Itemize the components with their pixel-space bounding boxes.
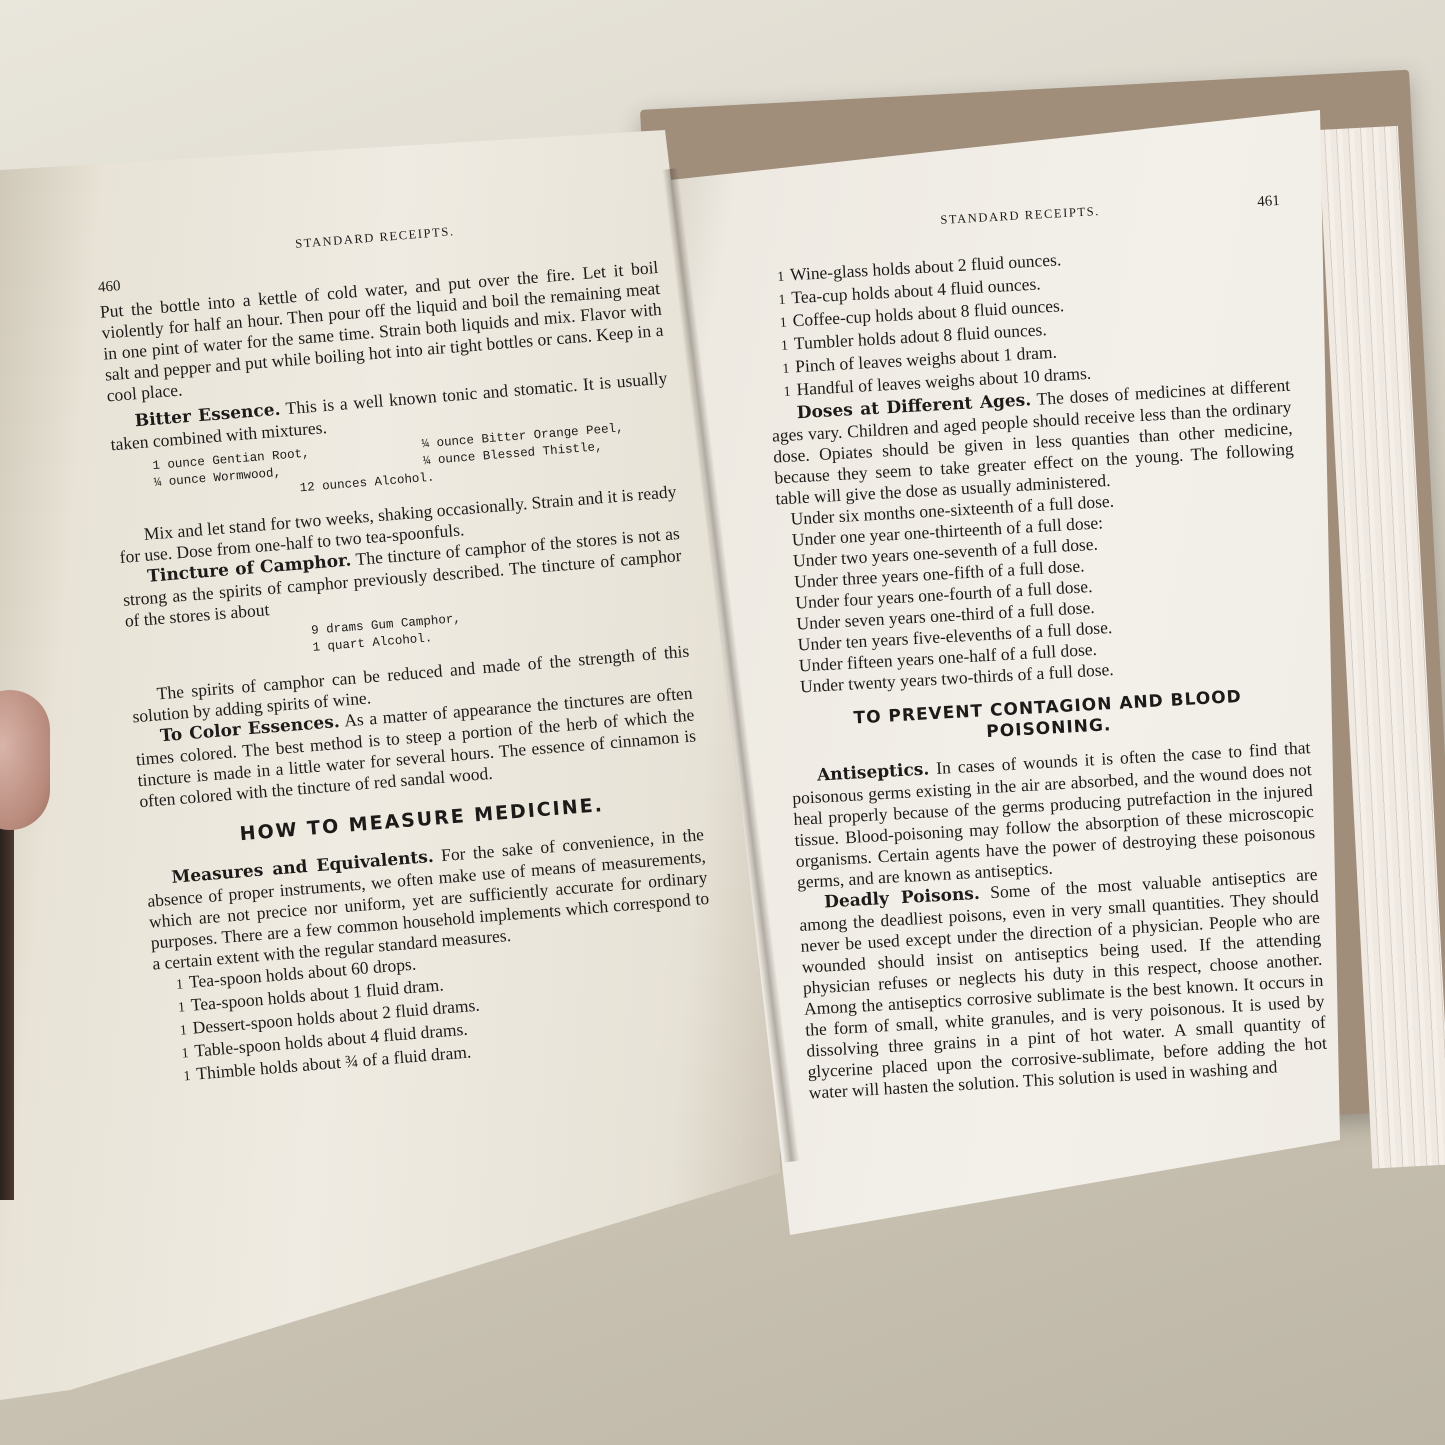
left-page-text: STANDARD RECEIPTS. 460 Put the bottle in… — [95, 205, 721, 1089]
dose-table: Under six months one-sixteenth of a full… — [776, 481, 1306, 699]
photo-scene: STANDARD RECEIPTS. 460 Put the bottle in… — [0, 0, 1445, 1445]
right-page-text: STANDARD RECEIPTS. 461 1Wine-glass holds… — [760, 191, 1329, 1104]
thumb-holding-page — [0, 690, 50, 830]
book-spine-edge — [0, 820, 14, 1200]
page-number: 461 — [1257, 191, 1281, 213]
deadly-poisons-paragraph: Deadly Poisons. Some of the most valuabl… — [798, 864, 1329, 1104]
page-number: 460 — [97, 276, 121, 299]
